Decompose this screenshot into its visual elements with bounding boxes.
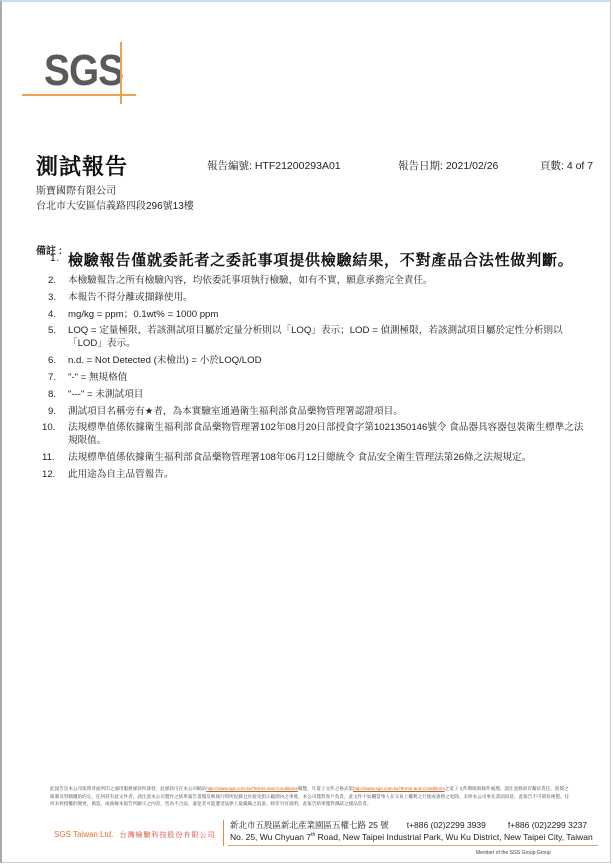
note-text: LOQ = 定量極限，若該測試項目屬於定量分析則以「LOQ」表示；LOD = 偵… — [68, 324, 588, 350]
note-number: 9. — [48, 405, 66, 418]
client-name: 斯寶國際有限公司 — [36, 182, 116, 197]
report-number: 報告編號: HTF21200293A01 — [207, 158, 341, 173]
note-number: 8. — [48, 388, 66, 401]
note-number: 4. — [48, 308, 66, 321]
note-text: 檢驗報告僅就委託者之委託事項提供檢驗結果，不對產品合法性做判斷。 — [68, 252, 588, 270]
footer-divider-vertical — [223, 820, 224, 846]
terms-link-2[interactable]: http://www.sgs.com.tw/Terms-and-Conditio… — [353, 786, 445, 791]
disclaimer-text-1: 此報告是本公司依照背面所印之通用服務條款所簽發，此條款可在本公司網站 — [50, 786, 206, 791]
note-text: "-" = 無規格值 — [68, 371, 588, 384]
logo-accent-horizontal-line — [22, 94, 136, 96]
disclaimer-text-2: 閱覽，凡電子文件之格式依 — [298, 786, 353, 791]
note-item: 6. n.d. = Not Detected (未檢出) = 小於LOQ/LOD — [48, 354, 588, 367]
notes-list: 1. 檢驗報告僅就委託者之委託事項提供檢驗結果，不對產品合法性做判斷。 2. 本… — [48, 252, 588, 485]
note-number: 5. — [48, 324, 66, 337]
note-number: 10. — [42, 421, 60, 434]
address-en-part2: Road, New Taipei Industrial Park, Wu Ku … — [315, 832, 592, 842]
footer-divider-horizontal — [228, 845, 598, 846]
footer-address-en: No. 25, Wu Chyuan 7th Road, New Taipei I… — [230, 832, 593, 842]
address-cn: 新北市五股區新北產業園區五權七路 25 號 — [230, 820, 389, 830]
page-count: 頁數: 4 of 7 — [540, 158, 593, 173]
note-number: 12. — [42, 468, 60, 481]
sgs-logo: SGS — [22, 42, 142, 104]
note-item: 8. "---" = 未測試項目 — [48, 388, 588, 401]
note-text: 法規標準值係依據衛生福利部食品藥物管理署108年06月12日總統令 食品安全衛生… — [68, 451, 588, 464]
page-title: 測試報告 — [36, 150, 128, 181]
note-item: 4. mg/kg = ppm；0.1wt% = 1000 ppm — [48, 308, 588, 321]
telephone: t+886 (02)2299 3939 — [407, 820, 486, 830]
note-number: 6. — [48, 354, 66, 367]
note-text: 本檢驗報告之所有檢驗內容，均依委託事項執行檢驗，如有不實，願意承擔完全責任。 — [68, 274, 588, 287]
note-item: 9. 測試項目名稱旁有★者，為本實驗室通過衛生福利部食品藥物管理署認證項目。 — [48, 405, 588, 418]
note-number: 11. — [42, 451, 60, 464]
report-page: SGS 測試報告 報告編號: HTF21200293A01 報告日期: 2021… — [0, 0, 611, 863]
note-item: 11. 法規標準值係依據衛生福利部食品藥物管理署108年06月12日總統令 食品… — [48, 451, 588, 464]
company-name-cn: 台灣檢驗科技股份有限公司 — [119, 832, 215, 839]
member-of-group: Member of the SGS Group Group — [476, 850, 551, 856]
note-item: 1. 檢驗報告僅就委託者之委託事項提供檢驗結果，不對產品合法性做判斷。 — [48, 252, 588, 270]
footer-address-cn: 新北市五股區新北產業園區五權七路 25 號t+886 (02)2299 3939… — [230, 819, 587, 831]
note-item: 3. 本報告不得分離或擷錄使用。 — [48, 291, 588, 304]
logo-accent-vertical-line — [120, 42, 122, 104]
company-name-en: SGS Taiwan Ltd. — [54, 830, 113, 839]
footer-disclaimer: 此報告是本公司依照背面所印之通用服務條款所簽發，此條款可在本公司網站http:/… — [50, 785, 570, 808]
note-number: 7. — [48, 371, 66, 384]
note-number: 2. — [48, 274, 66, 287]
report-date: 報告日期: 2021/02/26 — [398, 158, 498, 173]
terms-link-1[interactable]: http://www.sgs.com.tw/Terms-and-Conditio… — [206, 786, 298, 791]
note-text: n.d. = Not Detected (未檢出) = 小於LOQ/LOD — [68, 354, 588, 367]
note-text: mg/kg = ppm；0.1wt% = 1000 ppm — [68, 308, 588, 321]
note-text: 法規標準值係依據衛生福利部食品藥物管理署102年08月20日部授食字第10213… — [68, 421, 588, 447]
note-number: 3. — [48, 291, 66, 304]
note-text: 此用途為自主品管報告。 — [68, 468, 588, 481]
footer-company: SGS Taiwan Ltd.台灣檢驗科技股份有限公司 — [54, 830, 215, 840]
logo-text: SGS — [44, 46, 123, 96]
address-en-part1: No. 25, Wu Chyuan 7 — [230, 832, 311, 842]
client-address: 台北市大安區信義路四段296號13樓 — [36, 197, 194, 212]
note-text: "---" = 未測試項目 — [68, 388, 588, 401]
note-text: 測試項目名稱旁有★者，為本實驗室通過衛生福利部食品藥物管理署認證項目。 — [68, 405, 588, 418]
note-item: 7. "-" = 無規格值 — [48, 371, 588, 384]
note-item: 10. 法規標準值係依據衛生福利部食品藥物管理署102年08月20日部授食字第1… — [48, 421, 588, 447]
note-item: 5. LOQ = 定量極限，若該測試項目屬於定量分析則以「LOQ」表示；LOD … — [48, 324, 588, 350]
note-number: 1. — [50, 250, 68, 268]
note-item: 12. 此用途為自主品管報告。 — [48, 468, 588, 481]
fax: f+886 (02)2299 3237 — [508, 820, 587, 830]
note-text: 本報告不得分離或擷錄使用。 — [68, 291, 588, 304]
note-item: 2. 本檢驗報告之所有檢驗內容，均依委託事項執行檢驗，如有不實，願意承擔完全責任… — [48, 274, 588, 287]
